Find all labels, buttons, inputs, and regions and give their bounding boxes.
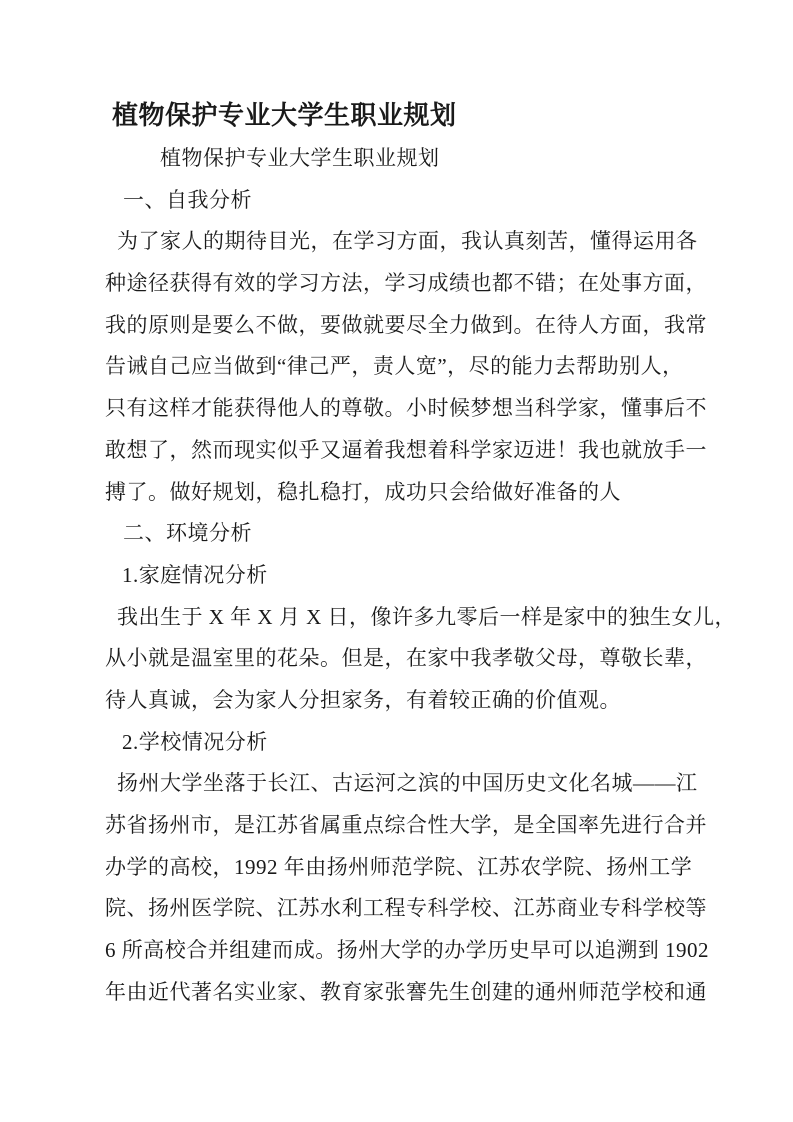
paragraph-line: 待人真诚，会为家人分担家务，有着较正确的价值观。 xyxy=(105,680,705,722)
document-page: 植物保护专业大学生职业规划 植物保护专业大学生职业规划 一、自我分析 为了家人的… xyxy=(0,0,793,1122)
paragraph-line: 我出生于 X 年 X 月 X 日，像许多九零后一样是家中的独生女儿， xyxy=(105,597,705,639)
paragraph-line: 年由近代著名实业家、教育家张謇先生创建的通州师范学校和通 xyxy=(105,972,705,1014)
paragraph-line: 院、扬州医学院、江苏水利工程专科学校、江苏商业专科学校等 xyxy=(105,888,705,930)
paragraph-self-analysis: 为了家人的期待目光，在学习方面，我认真刻苦，懂得运用各 种途径获得有效的学习方法… xyxy=(105,221,705,513)
subsection-heading-family: 1.家庭情况分析 xyxy=(105,555,705,597)
paragraph-line: 我的原则是要么不做，要做就要尽全力做到。在待人方面，我常 xyxy=(105,305,705,347)
paragraph-family: 我出生于 X 年 X 月 X 日，像许多九零后一样是家中的独生女儿， 从小就是温… xyxy=(105,597,705,722)
section-heading-self-analysis: 一、自我分析 xyxy=(105,180,705,222)
document-title: 植物保护专业大学生职业规划 xyxy=(105,96,705,136)
paragraph-line: 扬州大学坐落于长江、古运河之滨的中国历史文化名城——江 xyxy=(105,763,705,805)
section-heading-environment-analysis: 二、环境分析 xyxy=(105,513,705,555)
paragraph-line: 搏了。做好规划，稳扎稳打，成功只会给做好准备的人 xyxy=(105,472,705,514)
paragraph-line: 6 所高校合并组建而成。扬州大学的办学历史早可以追溯到 1902 xyxy=(105,930,705,972)
subsection-heading-school: 2.学校情况分析 xyxy=(105,722,705,764)
paragraph-line: 种途径获得有效的学习方法，学习成绩也都不错；在处事方面， xyxy=(105,263,705,305)
paragraph-line: 只有这样才能获得他人的尊敬。小时候梦想当科学家，懂事后不 xyxy=(105,388,705,430)
paragraph-line: 为了家人的期待目光，在学习方面，我认真刻苦，懂得运用各 xyxy=(105,221,705,263)
paragraph-line: 从小就是温室里的花朵。但是，在家中我孝敬父母，尊敬长辈， xyxy=(105,638,705,680)
paragraph-line: 苏省扬州市，是江苏省属重点综合性大学，是全国率先进行合并 xyxy=(105,805,705,847)
document-subtitle: 植物保护专业大学生职业规划 xyxy=(105,138,705,180)
paragraph-line: 办学的高校，1992 年由扬州师范学院、江苏农学院、扬州工学 xyxy=(105,847,705,889)
document-content: 植物保护专业大学生职业规划 植物保护专业大学生职业规划 一、自我分析 为了家人的… xyxy=(105,96,705,1013)
paragraph-line: 告诫自己应当做到“律己严，责人宽”，尽的能力去帮助别人， xyxy=(105,346,705,388)
paragraph-line: 敢想了，然而现实似乎又逼着我想着科学家迈进！我也就放手一 xyxy=(105,430,705,472)
paragraph-school: 扬州大学坐落于长江、古运河之滨的中国历史文化名城——江 苏省扬州市，是江苏省属重… xyxy=(105,763,705,1013)
